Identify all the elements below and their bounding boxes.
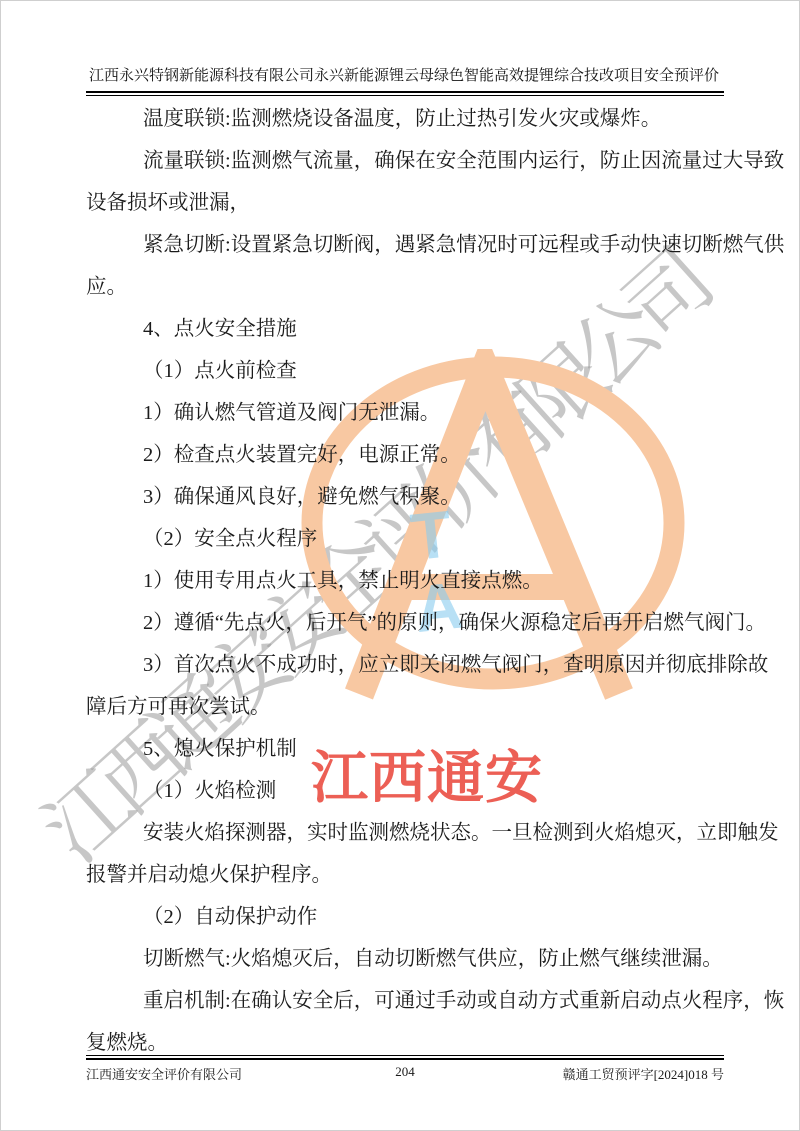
body-line: 障后方可再次尝试。 <box>86 686 734 728</box>
body-line: 1）确认燃气管道及阀门无泄漏。 <box>86 392 734 434</box>
body-line: 温度联锁:监测燃烧设备温度，防止过热引发火灾或爆炸。 <box>86 98 734 140</box>
body-line: （1）点火前检查 <box>86 350 734 392</box>
page-header-title: 江西永兴特钢新能源科技有限公司永兴新能源锂云母绿色智能高效提锂综合技改项目安全预… <box>79 64 729 85</box>
body-line: 3）首次点火不成功时，应立即关闭燃气阀门，查明原因并彻底排除故 <box>86 644 734 686</box>
body-line: （1）火焰检测 <box>86 770 734 812</box>
header-divider <box>86 91 724 96</box>
body-line: 重启机制:在确认安全后，可通过手动或自动方式重新启动点火程序，恢 <box>86 980 734 1022</box>
body-line: （2）自动保护动作 <box>86 896 734 938</box>
body-line: 5、熄火保护机制 <box>86 728 734 770</box>
body-line: 复燃烧。 <box>86 1022 734 1064</box>
document-page: 江西永兴特钢新能源科技有限公司永兴新能源锂云母绿色智能高效提锂综合技改项目安全预… <box>0 0 800 1131</box>
body-line: （2）安全点火程序 <box>86 518 734 560</box>
page-footer: 204 江西通安安全评价有限公司 赣通工贸预评字[2024]018 号 <box>86 1064 724 1083</box>
body-line: 报警并启动熄火保护程序。 <box>86 854 734 896</box>
body-line: 3）确保通风良好，避免燃气积聚。 <box>86 476 734 518</box>
body-line: 4、点火安全措施 <box>86 308 734 350</box>
body-line: 2）检查点火装置完好，电源正常。 <box>86 434 734 476</box>
body-line: 1）使用专用点火工具，禁止明火直接点燃。 <box>86 560 734 602</box>
body-line: 安装火焰探测器，实时监测燃烧状态。一旦检测到火焰熄灭，立即触发 <box>86 812 734 854</box>
footer-doc-number: 赣通工贸预评字[2024]018 号 <box>563 1064 724 1083</box>
body-line: 2）遵循“先点火，后开气”的原则，确保火源稳定后再开启燃气阀门。 <box>86 602 734 644</box>
body-line: 流量联锁:监测燃气流量，确保在安全范围内运行，防止因流量过大导致 <box>86 140 734 182</box>
body-line: 应。 <box>86 266 734 308</box>
body-line: 设备损坏或泄漏， <box>86 182 734 224</box>
body-line: 切断燃气:火焰熄灭后，自动切断燃气供应，防止燃气继续泄漏。 <box>86 938 734 980</box>
footer-company: 江西通安安全评价有限公司 <box>86 1064 242 1083</box>
body-line: 紧急切断:设置紧急切断阀，遇紧急情况时可远程或手动快速切断燃气供 <box>86 224 734 266</box>
body-lines: 温度联锁:监测燃烧设备温度，防止过热引发火灾或爆炸。流量联锁:监测燃气流量，确保… <box>86 98 734 1064</box>
